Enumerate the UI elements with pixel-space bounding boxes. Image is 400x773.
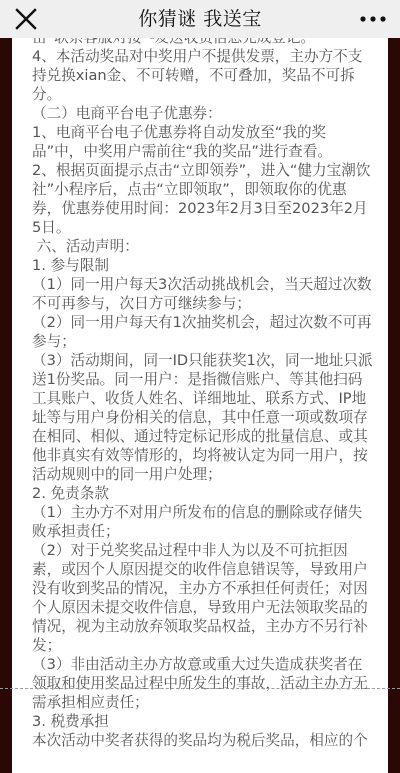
subsection-heading: 3. 税费承担 <box>32 712 374 731</box>
rule-line: 1、电商平台电子优惠券将自动发放至“我的奖品”中，中奖用户需前往“我的奖品”进行… <box>32 123 374 161</box>
rule-line: （3）非由活动主办方故意或重大过失造成获奖者在领取和使用奖品过程中所发生的事故，… <box>32 655 374 712</box>
rule-line: （3）活动期间，同一ID只能获奖1次，同一地址只派送1份奖品。同一用户：是指微信… <box>32 351 374 484</box>
dashed-divider <box>0 688 400 689</box>
more-options-button[interactable] <box>358 10 388 28</box>
more-dots-icon <box>358 10 388 28</box>
page-title: 你猜谜 我送宝 <box>0 0 400 38</box>
subsection-heading: 2. 免责条款 <box>32 484 374 503</box>
rule-line: （1）同一用户每天3次活动挑战机会，当天超过次数不可再参与，次日方可继续参与； <box>32 275 374 313</box>
rule-line: （2）同一用户每天有1次抽奖机会，超过次数不可再参与； <box>32 313 374 351</box>
subsection-heading: 1. 参与限制 <box>32 256 374 275</box>
rule-line: （1）主办方不对用户所发布的信息的删除或存储失败承担责任； <box>32 503 374 541</box>
rules-panel[interactable]: 击“联系客服对接”-发送收货信息完成登记。 4、本活动奖品对中奖用户不提供发票，… <box>12 38 388 773</box>
rule-line: 2、根据页面提示点击“立即领券”，进入“健力宝潮饮社”小程序后，点击“立即领取”… <box>32 161 374 237</box>
title-bar: 你猜谜 我送宝 <box>0 0 400 38</box>
frame-border-right <box>388 38 400 773</box>
rules-text: 击“联系客服对接”-发送收货信息完成登记。 4、本活动奖品对中奖用户不提供发票，… <box>32 38 374 750</box>
rule-line: （2）对于兑奖奖品过程中非人为以及不可抗拒因素，或因个人原因提交的收件信息错误等… <box>32 541 374 655</box>
rule-line: 击“联系客服对接”-发送收货信息完成登记。 <box>32 38 374 47</box>
rule-line: 本次活动中奖者获得的奖品均为税后奖品，相应的个 <box>32 731 374 750</box>
rule-line: 4、本活动奖品对中奖用户不提供发票，主办方不支持兑换xian金、不可转赠，不可叠… <box>32 47 374 104</box>
section-heading: （二）电商平台电子优惠券： <box>32 104 374 123</box>
section-heading: 六、活动声明： <box>32 237 374 256</box>
frame-border-left <box>0 38 12 773</box>
